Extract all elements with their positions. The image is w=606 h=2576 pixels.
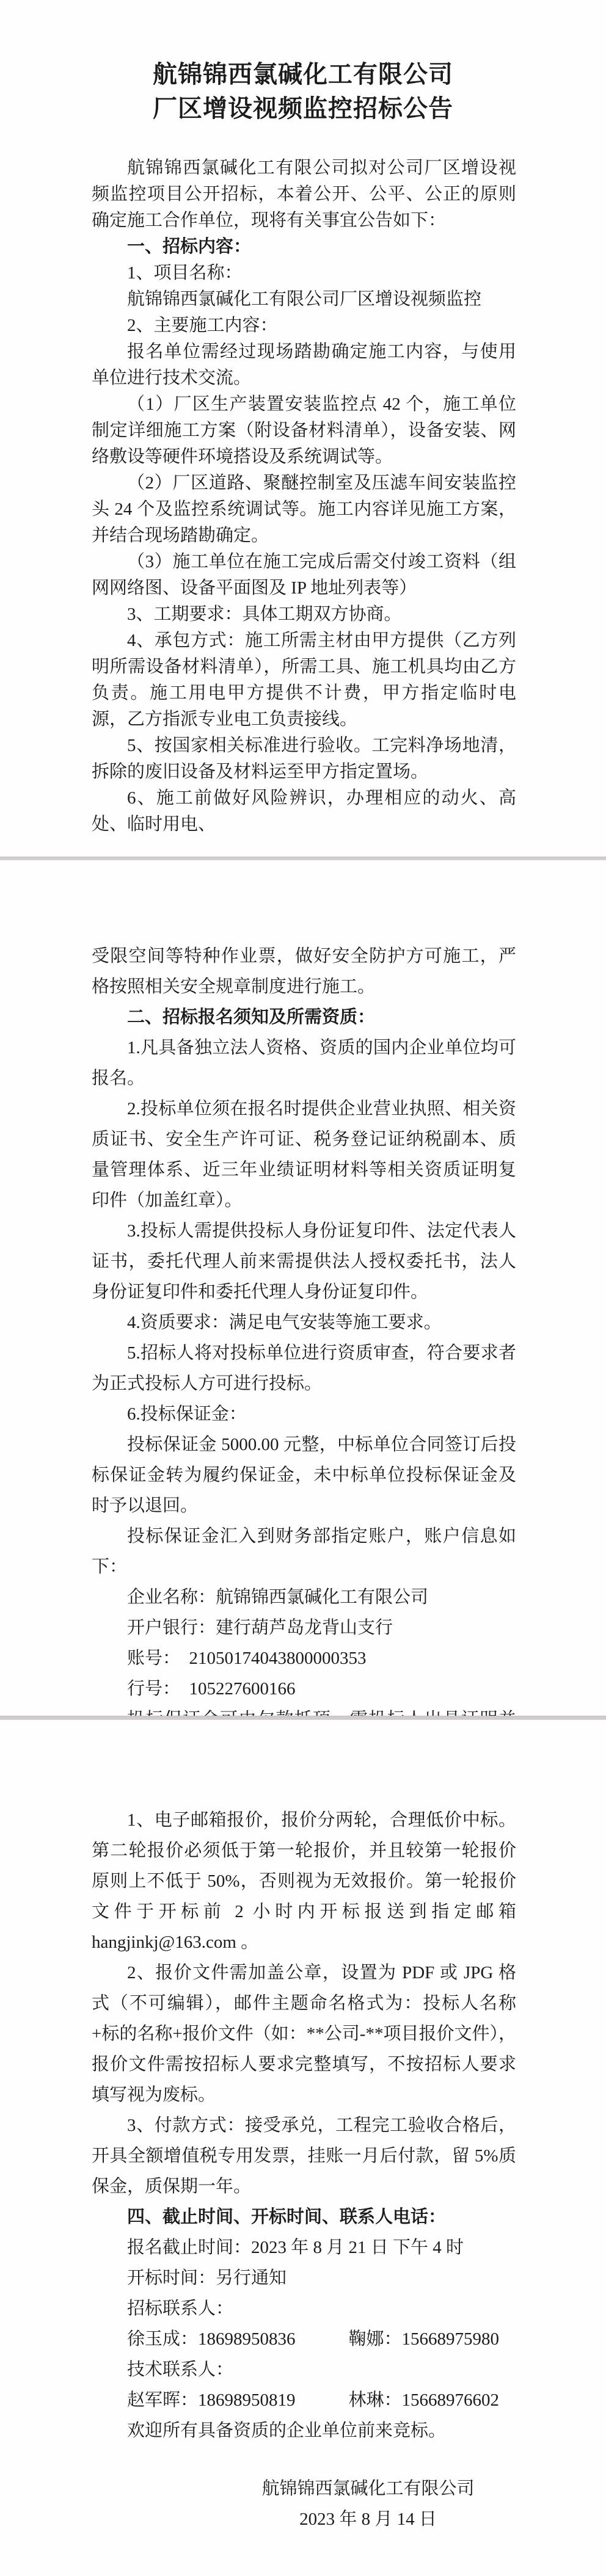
paragraph: 航锦锦西氯碱化工有限公司厂区增设视频监控 — [92, 286, 516, 313]
paragraph: 5.招标人将对投标单位进行资质审查，符合要求者为正式投标人方可进行投标。 — [92, 1338, 516, 1399]
document-title-line-1: 航锦锦西氯碱化工有限公司 — [0, 57, 606, 92]
paragraph: （2）厂区道路、聚醚控制室及压滤车间安装监控头 24 个及监控系统调试等。施工内… — [92, 470, 516, 549]
paragraph: 欢迎所有具备资质的企业单位前来竞标。 — [92, 2415, 516, 2446]
section-heading: 一、招标内容： — [92, 234, 516, 260]
page-1-content: 航锦锦西氯碱化工有限公司拟对公司厂区增设视频监控项目公开招标，本着公开、公平、公… — [92, 155, 516, 838]
paragraph: （1）厂区生产装置安装监控点 42 个，施工单位制定详细施工方案（附设备材料清单… — [92, 391, 516, 470]
paragraph: 报名单位需经过现场踏勘确定施工内容，与使用单位进行技术交流。 — [92, 339, 516, 391]
document-title-line-2: 厂区增设视频监控招标公告 — [0, 92, 606, 126]
paragraph: 3、付款方式：接受承兑，工程完工验收合格后，开具全额增值税专用发票，挂账一月后付… — [92, 2110, 516, 2202]
paragraph: 2、主要施工内容： — [92, 313, 516, 339]
paragraph-continuation: 受限空间等特种作业票，做好安全防护方可施工，严格按照相关安全规章制度进行施工。 — [92, 941, 516, 1002]
paragraph: 赵军晖：18698950819 林琳：15668976602 — [92, 2385, 516, 2415]
page-2-content: 受限空间等特种作业票，做好安全防护方可施工，严格按照相关安全规章制度进行施工。二… — [92, 941, 516, 1716]
paragraph: 报名截止时间：2023 年 8 月 21 日 下午 4 时 — [92, 2232, 516, 2263]
paragraph: 开户银行：建行葫芦岛龙背山支行 — [92, 1613, 516, 1643]
paragraph: 招标联系人： — [92, 2293, 516, 2324]
paragraph: 投标保证金可由欠款抵顶，需投标人出具证明并加盖公章。 — [92, 1704, 516, 1716]
page-1: 航锦锦西氯碱化工有限公司 厂区增设视频监控招标公告 航锦锦西氯碱化工有限公司拟对… — [0, 0, 606, 857]
paragraph: 4.资质要求：满足电气安装等施工要求。 — [92, 1307, 516, 1338]
paragraph: 2.投标单位须在报名时提供企业营业执照、相关资质证书、安全生产许可证、税务登记证… — [92, 1094, 516, 1216]
paragraph: 账号： 21050174043800000353 — [92, 1643, 516, 1674]
paragraph: 投标保证金 5000.00 元整，中标单位合同签订后投标保证金转为履约保证金，未… — [92, 1429, 516, 1521]
paragraph: 航锦锦西氯碱化工有限公司拟对公司厂区增设视频监控项目公开招标，本着公开、公平、公… — [92, 155, 516, 234]
paragraph: 3.投标人需提供投标人身份证复印件、法定代表人证书，委托代理人前来需提供法人授权… — [92, 1216, 516, 1307]
signature-line: 航锦锦西氯碱化工有限公司 — [156, 2473, 580, 2504]
section-heading: 二、招标报名须知及所需资质： — [92, 1002, 516, 1032]
page-3-content: 1、电子邮箱报价，报价分两轮，合理低价中标。第二轮报价必须低于第一轮报价，并且较… — [92, 1805, 516, 2534]
section-heading: 四、截止时间、开标时间、联系人电话： — [92, 2202, 516, 2232]
paragraph: 徐玉成：18698950836 鞠娜：15668975980 — [92, 2324, 516, 2354]
paragraph: 5、按国家相关标准进行验收。工完料净场地清，拆除的废旧设备及材料运至甲方指定置场… — [92, 733, 516, 785]
page-3: 1、电子邮箱报价，报价分两轮，合理低价中标。第二轮报价必须低于第一轮报价，并且较… — [0, 1720, 606, 2576]
paragraph: 开标时间：另行通知 — [92, 2263, 516, 2293]
paragraph: 企业名称：航锦锦西氯碱化工有限公司 — [92, 1582, 516, 1613]
page-separator — [0, 1716, 606, 1720]
signature-line: 2023 年 8 月 14 日 — [156, 2504, 580, 2534]
paragraph: 2、报价文件需加盖公章，设置为 PDF 或 JPG 格式（不可编辑），邮件主题命… — [92, 1957, 516, 2110]
paragraph: 技术联系人： — [92, 2354, 516, 2385]
paragraph: （3）施工单位在施工完成后需交付竣工资料（组网网络图、设备平面图及 IP 地址列… — [92, 549, 516, 601]
paragraph: 4、承包方式：施工所需主材由甲方提供（乙方列明所需设备材料清单），所需工具、施工… — [92, 628, 516, 733]
paragraph: 1、项目名称： — [92, 260, 516, 286]
paragraph: 6、施工前做好风险辨识，办理相应的动火、高处、临时用电、 — [92, 785, 516, 838]
paragraph: 1、电子邮箱报价，报价分两轮，合理低价中标。第二轮报价必须低于第一轮报价，并且较… — [92, 1805, 516, 1957]
paragraph: 1.凡具备独立法人资格、资质的国内企业单位均可报名。 — [92, 1032, 516, 1094]
scanned-tender-document: 航锦锦西氯碱化工有限公司 厂区增设视频监控招标公告 航锦锦西氯碱化工有限公司拟对… — [0, 0, 606, 2576]
document-title: 航锦锦西氯碱化工有限公司 厂区增设视频监控招标公告 — [0, 57, 606, 126]
paragraph: 3、工期要求：具体工期双方协商。 — [92, 601, 516, 628]
paragraph: 行号： 105227600166 — [92, 1674, 516, 1704]
page-2: 受限空间等特种作业票，做好安全防护方可施工，严格按照相关安全规章制度进行施工。二… — [0, 860, 606, 1716]
paragraph: 6.投标保证金： — [92, 1399, 516, 1429]
paragraph: 投标保证金汇入到财务部指定账户，账户信息如下： — [92, 1521, 516, 1582]
